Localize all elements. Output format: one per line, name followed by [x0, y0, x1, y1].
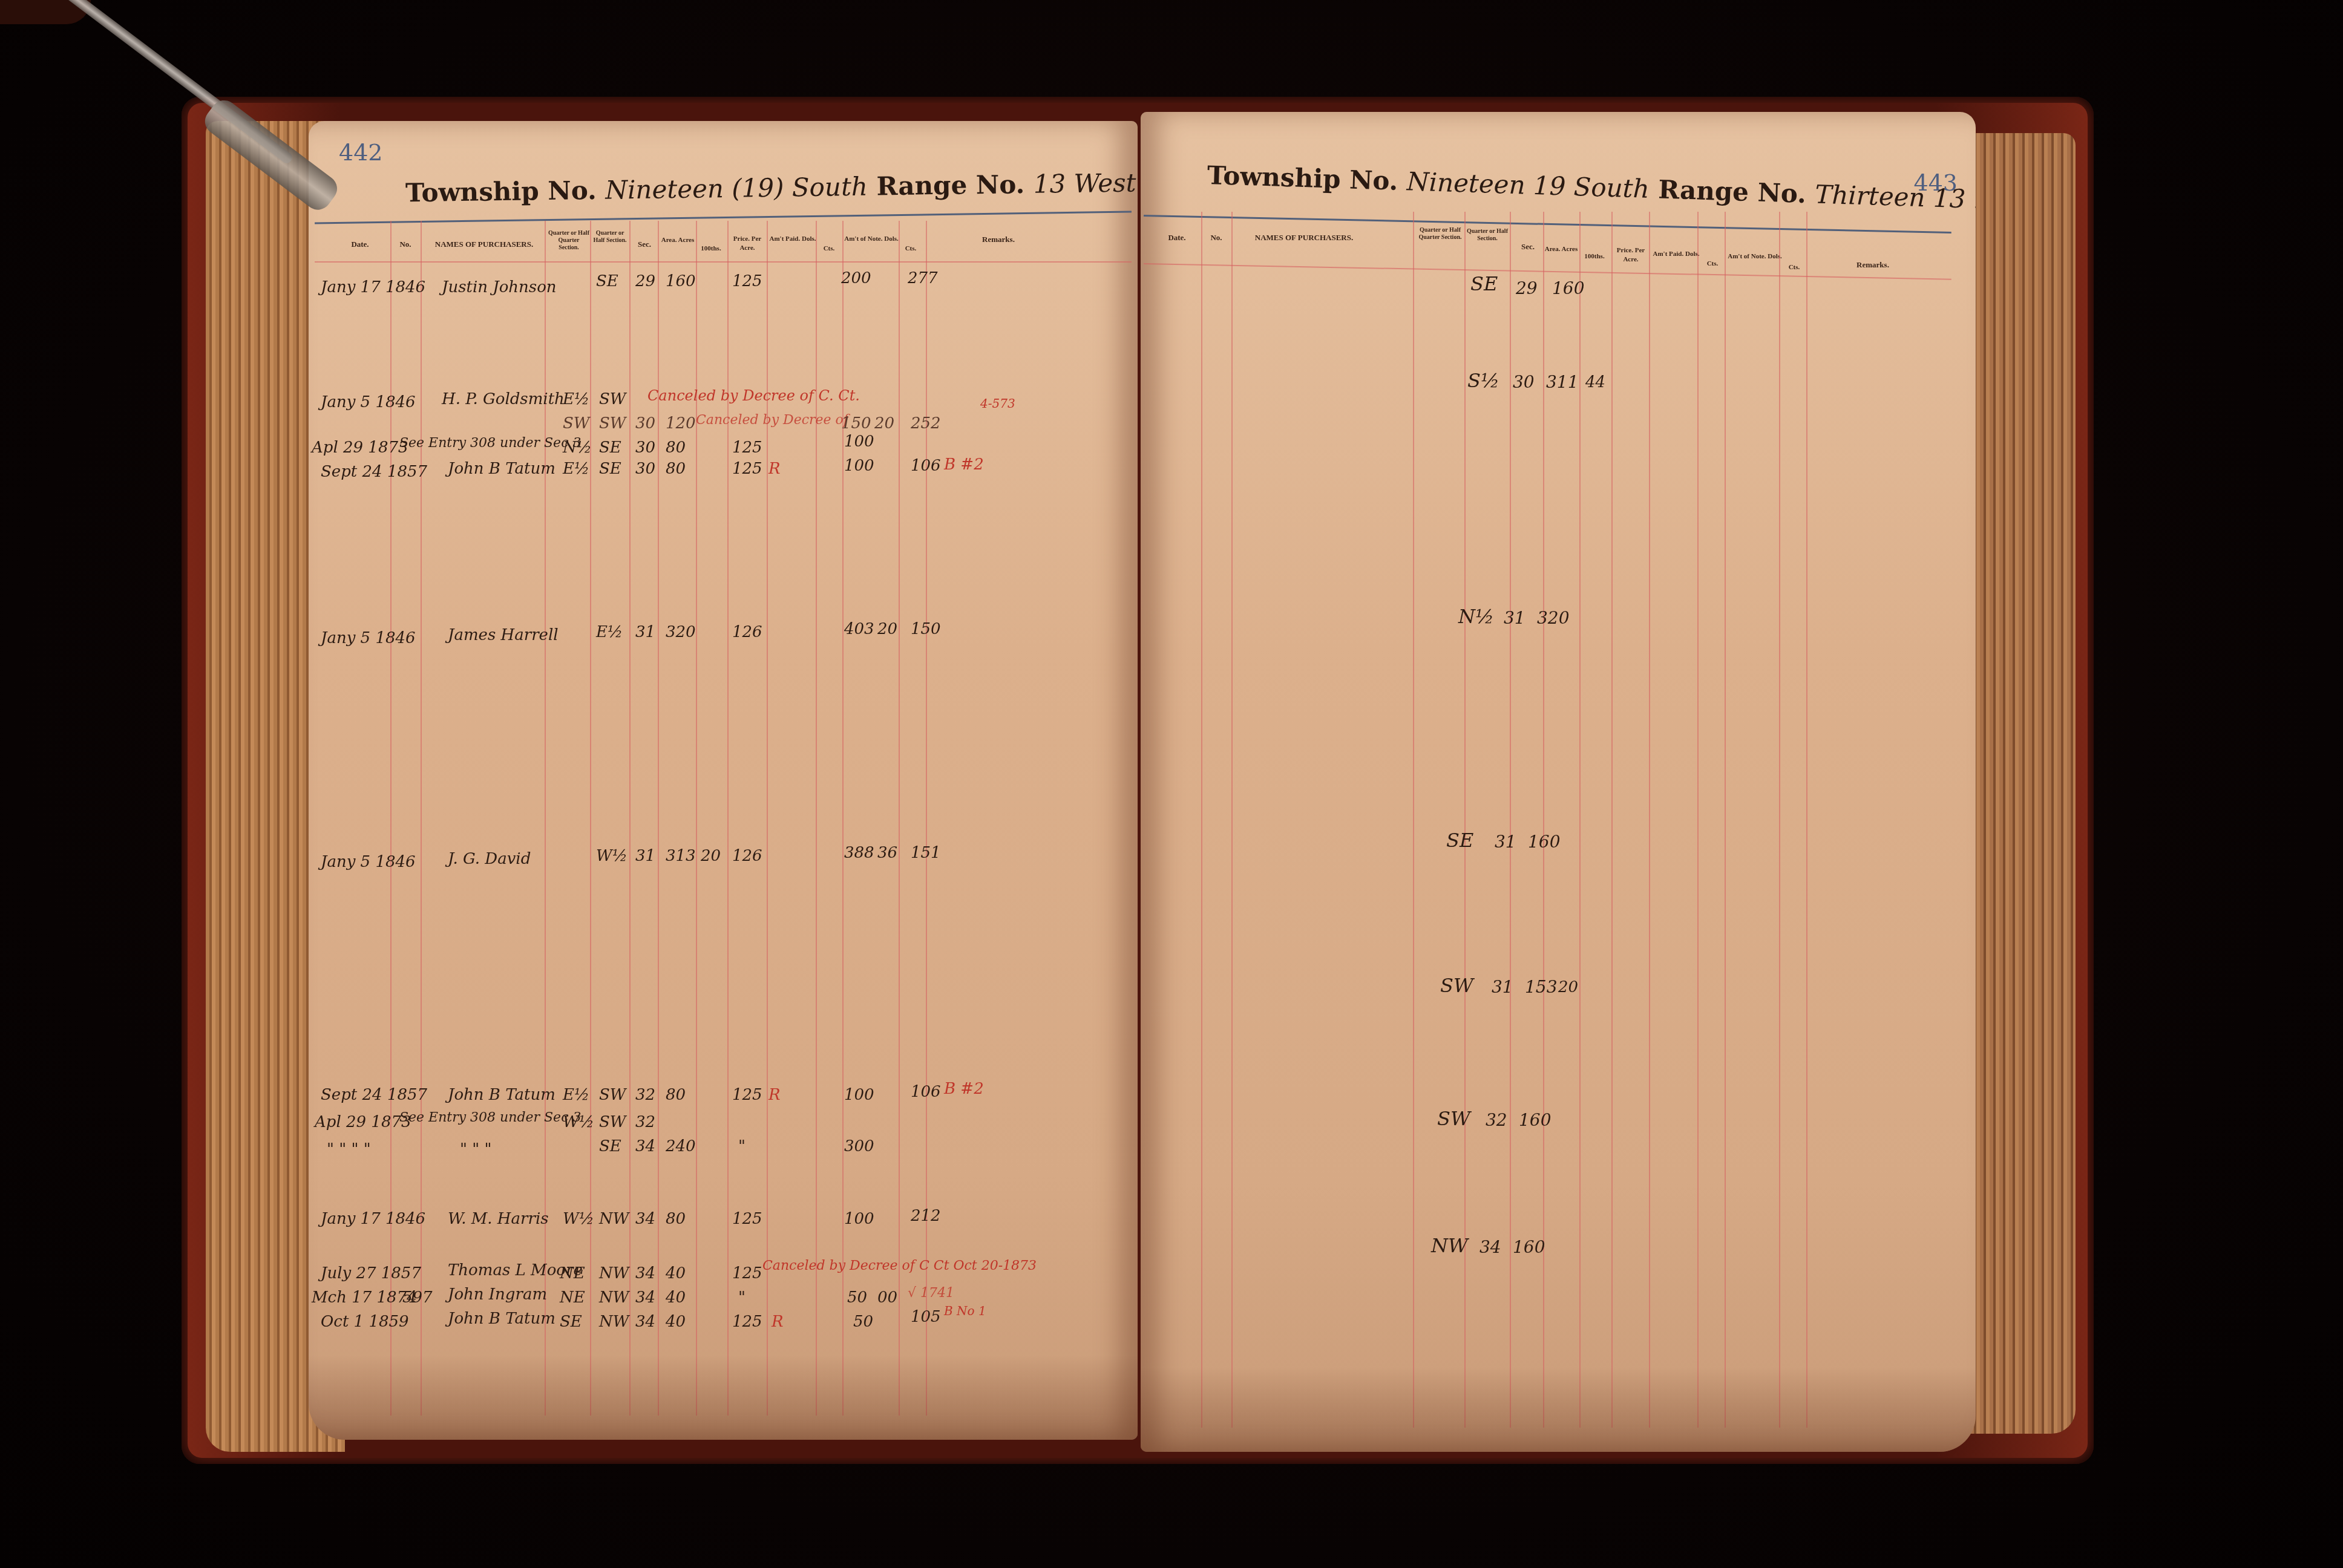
- header-rule: [315, 211, 1132, 224]
- column-rule: [590, 221, 591, 1416]
- entry-sec: 29: [635, 272, 655, 290]
- entry-paid: 100: [844, 433, 874, 451]
- entry-sec: 31: [635, 847, 655, 865]
- entry-name: John Ingram: [448, 1285, 547, 1304]
- entry-date: Jany 17 1846: [321, 278, 425, 296]
- entry-price-mark: R: [768, 1086, 781, 1104]
- entry-half-section: NW: [599, 1289, 629, 1307]
- entry-acres: 40: [666, 1264, 686, 1282]
- entry-price: 125: [732, 1264, 762, 1282]
- col-header-note-cts: Cts.: [1782, 263, 1806, 272]
- entry-half-section: SE: [1446, 829, 1473, 852]
- entry-date: Jany 17 1846: [321, 1210, 425, 1228]
- entry-name: John B Tatum: [448, 1086, 555, 1104]
- entry-red-note: B No 1: [944, 1304, 986, 1318]
- entry-acres: 40: [666, 1289, 686, 1307]
- entry-half-section: SW: [599, 414, 626, 433]
- col-header-names: NAMES OF PURCHASERS.: [427, 240, 542, 249]
- printed-east-label: East.: [1974, 185, 1976, 217]
- column-rule: [1611, 212, 1613, 1428]
- entry-acres: 160: [1552, 278, 1584, 298]
- entry-note: 106: [911, 1083, 941, 1101]
- entry-name: See Entry 308 under Sec 3: [399, 436, 581, 451]
- entry-half-section: SW: [599, 1113, 626, 1131]
- col-header-names: NAMES OF PURCHASERS.: [1237, 233, 1371, 242]
- entry-acres: 120: [666, 414, 696, 433]
- right-page-stack: [1961, 133, 2076, 1434]
- entry-acres: 80: [666, 1210, 686, 1228]
- entry-half-section: SE: [599, 1137, 621, 1155]
- col-header-hundredths: 100ths.: [696, 244, 726, 253]
- range-value: 13 West: [1033, 168, 1136, 198]
- entry-half-section: W½: [596, 847, 628, 865]
- entry-acres: 240: [666, 1137, 696, 1155]
- entry-half-section: NW: [1431, 1234, 1468, 1257]
- entry-acres: 153: [1525, 977, 1557, 997]
- entry-price: 125: [732, 460, 762, 478]
- entry-date: July 27 1857: [321, 1264, 421, 1282]
- entry-half-quarter: E½: [563, 460, 589, 478]
- entry-name: James Harrell: [448, 626, 559, 644]
- entry-sec: 34: [635, 1313, 655, 1331]
- entry-name: John B Tatum: [448, 460, 555, 478]
- column-rule: [421, 221, 422, 1416]
- entry-price: 126: [732, 847, 762, 865]
- col-header-half-quarter: Quarter or Half Quarter Section.: [548, 230, 590, 252]
- column-rule: [1413, 212, 1414, 1428]
- entry-sec: 31: [635, 623, 655, 641]
- entry-date: Oct 1 1859: [321, 1313, 409, 1331]
- entry-paid: 150: [841, 414, 871, 433]
- column-rule: [1201, 212, 1202, 1428]
- col-header-note-cts: Cts.: [899, 244, 923, 253]
- column-rule: [1649, 212, 1650, 1428]
- col-header-sec: Sec.: [1516, 242, 1540, 251]
- entry-paid: 100: [844, 1210, 874, 1228]
- entry-sec: 34: [1480, 1237, 1501, 1257]
- township-value: Nineteen 19 South: [1406, 166, 1650, 204]
- entry-paid: 50: [847, 1289, 867, 1307]
- page-shadow: [309, 1355, 1138, 1440]
- entry-note: 106: [911, 457, 941, 475]
- entry-date: Jany 5 1846: [321, 393, 416, 411]
- column-rule: [1579, 212, 1581, 1428]
- entry-half-section: SE: [599, 460, 621, 478]
- col-header-remarks: Remarks.: [962, 235, 1035, 244]
- entry-half-quarter: E½: [563, 390, 589, 408]
- entry-sec: 31: [1504, 608, 1525, 628]
- entry-acres: 160: [666, 272, 696, 290]
- entry-hundredths: 44: [1585, 373, 1605, 391]
- col-header-price: Price. Per Acre.: [1613, 246, 1649, 264]
- column-rule: [1231, 212, 1233, 1428]
- col-header-acres: Area. Acres: [660, 236, 696, 245]
- page-shadow: [1141, 1367, 1976, 1452]
- township-label: Township No.: [1207, 160, 1398, 196]
- left-page-title: Township No. Nineteen (19) South Range N…: [405, 167, 1138, 208]
- entry-sec: 34: [635, 1210, 655, 1228]
- entry-name: See Entry 308 under Sec 3: [399, 1110, 581, 1125]
- col-header-amt-note: Am't of Note. Dols.: [1728, 252, 1782, 261]
- township-label: Township No.: [405, 175, 597, 207]
- entry-paid-cts: 36: [877, 844, 897, 862]
- col-header-hundredths: 100ths.: [1579, 252, 1610, 261]
- range-label: Range No.: [1658, 174, 1807, 209]
- column-rule: [1806, 212, 1807, 1428]
- entry-half-section: NW: [599, 1313, 629, 1331]
- entry-name: " " ": [460, 1140, 491, 1158]
- entry-sec: 32: [1486, 1110, 1507, 1130]
- entry-half-quarter: NE: [560, 1264, 585, 1282]
- entry-paid: 50: [853, 1313, 873, 1331]
- entry-acres: 160: [1519, 1110, 1551, 1130]
- header-rule: [1144, 215, 1951, 234]
- entry-paid: 100: [844, 457, 874, 475]
- entry-acres: 160: [1528, 832, 1560, 852]
- entry-acres: 160: [1513, 1237, 1545, 1257]
- entry-half-section: SW: [1440, 974, 1473, 997]
- column-rule: [1725, 212, 1726, 1428]
- entry-sec: 34: [635, 1264, 655, 1282]
- entry-red-note: B #2: [944, 456, 984, 474]
- entry-date: Sept 24 1857: [321, 463, 427, 481]
- entry-acres: 320: [1537, 608, 1569, 628]
- entry-acres: 313: [666, 847, 696, 865]
- entry-half-quarter: W½: [563, 1210, 594, 1228]
- entry-note: 151: [911, 844, 941, 862]
- entry-half-section: SE: [599, 439, 621, 457]
- entry-acres: 311: [1546, 372, 1578, 392]
- entry-price: 126: [732, 623, 762, 641]
- entry-half-section: E½: [596, 623, 623, 641]
- entry-sec: 34: [635, 1289, 655, 1307]
- entry-acres: 80: [666, 439, 686, 457]
- entry-price-mark: R: [768, 460, 781, 478]
- entry-half-quarter: SE: [560, 1313, 582, 1331]
- column-rule: [899, 221, 900, 1416]
- entry-date: Jany 5 1846: [321, 629, 416, 647]
- entry-red-note: √ 1741: [908, 1285, 954, 1301]
- entry-acres: 80: [666, 1086, 686, 1104]
- entry-half-section: SE: [596, 272, 618, 290]
- col-header-acres: Area. Acres: [1543, 245, 1579, 254]
- entry-date: " " " ": [327, 1140, 371, 1158]
- entry-price: ": [738, 1137, 745, 1155]
- entry-note: 212: [911, 1207, 941, 1225]
- column-rule: [1779, 212, 1780, 1428]
- entry-sec: 29: [1516, 278, 1538, 298]
- entry-acres: 80: [666, 460, 686, 478]
- header-bottom-rule: [315, 261, 1132, 263]
- col-header-half-quarter: Quarter or Half Quarter Section.: [1416, 227, 1464, 241]
- entry-price: 125: [732, 439, 762, 457]
- col-header-date: Date.: [1153, 233, 1201, 242]
- entry-remarks-canceled: Canceled by Decree of C. Ct.: [647, 387, 860, 404]
- entry-half-section: SE: [1470, 272, 1498, 295]
- right-page: 443 Township No. Nineteen 19 South Range…: [1141, 112, 1976, 1452]
- entry-paid: 300: [844, 1137, 874, 1155]
- entry-date: Sept 24 1857: [321, 1086, 427, 1104]
- entry-sec: 32: [635, 1113, 655, 1131]
- entry-note: 105: [911, 1308, 941, 1326]
- entry-sec: 30: [635, 460, 655, 478]
- entry-sec: 30: [635, 439, 655, 457]
- entry-name: W. M. Harris: [448, 1210, 549, 1228]
- entry-half-section: NW: [599, 1264, 629, 1282]
- col-header-remarks: Remarks.: [1830, 260, 1915, 269]
- entry-paid-cts: 20: [874, 414, 894, 433]
- entry-sec: 31: [1492, 977, 1513, 997]
- col-header-date: Date.: [333, 240, 387, 249]
- entry-price-mark: R: [772, 1313, 784, 1331]
- entry-half-quarter: E½: [563, 1086, 589, 1104]
- entry-half-quarter: SW: [563, 414, 590, 433]
- col-header-sec: Sec.: [632, 240, 657, 249]
- entry-price: 125: [732, 272, 762, 290]
- entry-remarks-canceled: Canceled by Decree of: [696, 413, 848, 428]
- col-header-no: No.: [1204, 233, 1228, 242]
- entry-sec: 31: [1495, 832, 1516, 852]
- entry-no: 597: [402, 1289, 433, 1307]
- col-header-no: No.: [393, 240, 418, 249]
- entry-paid: 403: [844, 620, 874, 638]
- entry-hundredths: 20: [1558, 978, 1578, 996]
- entry-sec: 30: [1513, 372, 1535, 392]
- margin-red-note: 4-573: [980, 396, 1015, 411]
- entry-acres: 40: [666, 1313, 686, 1331]
- entry-paid: 200: [841, 269, 871, 287]
- entry-half-section: NW: [599, 1210, 629, 1228]
- entry-half-section: SW: [599, 390, 626, 408]
- entry-price: ": [738, 1289, 745, 1307]
- entry-name: John B Tatum: [448, 1310, 555, 1328]
- entry-sec: 34: [635, 1137, 655, 1155]
- entry-date: Apl 29 1873: [312, 439, 408, 457]
- township-value: Nineteen (19) South: [605, 172, 868, 205]
- entry-note: 252: [911, 414, 941, 433]
- entry-sec: 30: [635, 414, 655, 433]
- entry-half-section: N½: [1458, 605, 1494, 628]
- column-rule: [1510, 212, 1511, 1428]
- entry-acres: 320: [666, 623, 696, 641]
- column-rule: [629, 221, 631, 1416]
- range-label: Range No.: [876, 169, 1024, 201]
- entry-price: 125: [732, 1313, 762, 1331]
- entry-date: Jany 5 1846: [321, 853, 416, 871]
- col-header-price: Price. Per Acre.: [729, 235, 765, 253]
- entry-price: 125: [732, 1210, 762, 1228]
- column-rule: [926, 221, 927, 1416]
- column-rule: [1697, 212, 1699, 1428]
- entry-remarks-canceled: Canceled by Decree of C Ct Oct 20-1873: [762, 1258, 1037, 1273]
- col-header-paid-cts: Cts.: [817, 244, 841, 253]
- col-header-amt-paid: Am't Paid. Dols.: [768, 235, 817, 244]
- entry-note: 277: [908, 269, 938, 287]
- col-header-amt-note: Am't of Note. Dols.: [844, 235, 899, 244]
- col-header-paid-cts: Cts.: [1700, 260, 1725, 269]
- col-header-amt-paid: Am't Paid. Dols.: [1652, 250, 1700, 259]
- entry-half-quarter: N½: [563, 439, 592, 457]
- entry-half-quarter: W½: [563, 1113, 594, 1131]
- left-page-number: 442: [339, 139, 383, 166]
- entry-date: Mch 17 1874: [312, 1289, 417, 1307]
- right-page-title: Township No. Nineteen 19 South Range No.…: [1207, 160, 1976, 218]
- entry-name: Justin Johnson: [442, 278, 557, 296]
- entry-half-quarter: NE: [560, 1289, 585, 1307]
- col-header-half-section: Quarter or Half Section.: [592, 230, 628, 244]
- entry-name: J. G. David: [448, 850, 531, 868]
- left-page: 442 Township No. Nineteen (19) South Ran…: [309, 121, 1138, 1440]
- entry-hundredths: 20: [701, 847, 721, 865]
- entry-paid: 388: [844, 844, 874, 862]
- entry-paid-cts: 00: [877, 1289, 897, 1307]
- range-value: Thirteen 13: [1815, 180, 1966, 214]
- entry-paid-cts: 20: [877, 620, 897, 638]
- entry-red-note: B #2: [944, 1080, 984, 1098]
- entry-price: 125: [732, 1086, 762, 1104]
- entry-sec: 32: [635, 1086, 655, 1104]
- entry-date: Apl 29 1873: [315, 1113, 411, 1131]
- col-header-half-section: Quarter or Half Section.: [1466, 228, 1509, 243]
- entry-paid: 100: [844, 1086, 874, 1104]
- entry-half-section: SW: [599, 1086, 626, 1104]
- entry-name: H. P. Goldsmith: [442, 390, 565, 408]
- entry-note: 150: [911, 620, 941, 638]
- entry-half-section: SW: [1437, 1107, 1470, 1130]
- entry-half-section: S½: [1467, 369, 1499, 392]
